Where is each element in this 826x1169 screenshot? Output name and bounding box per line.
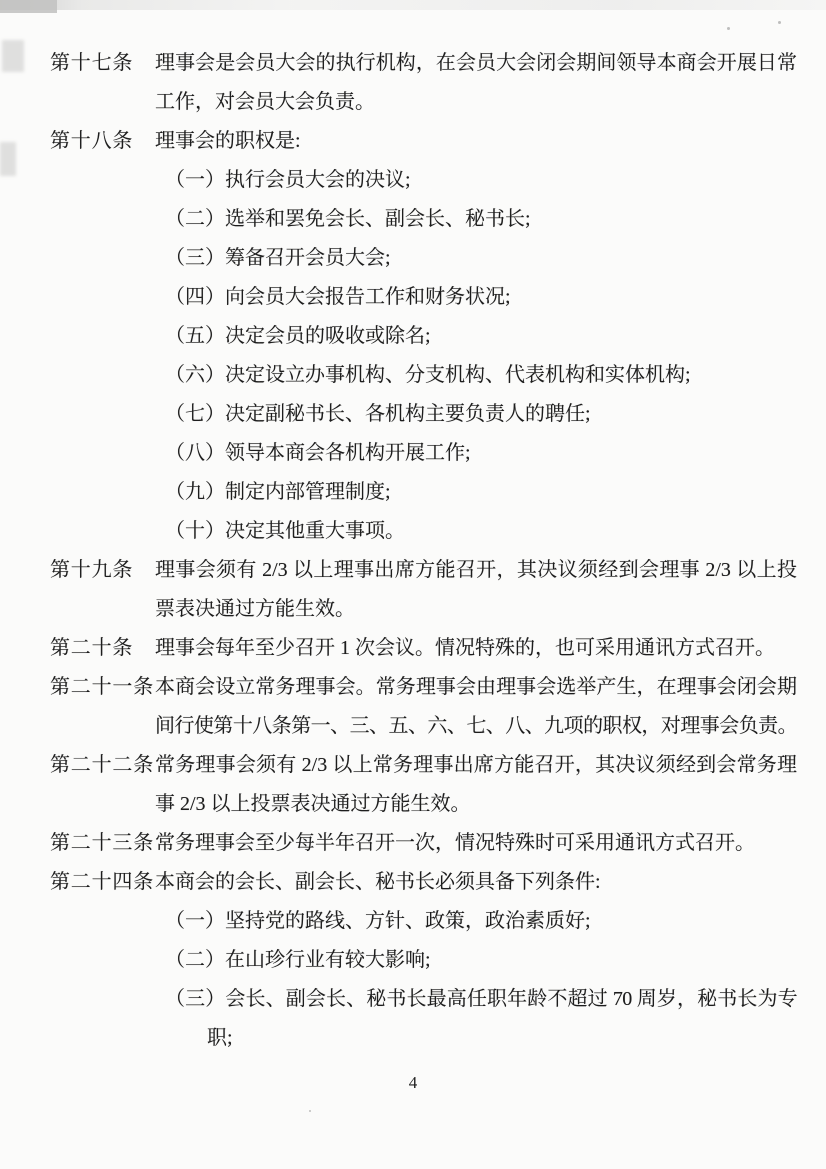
scan-speck [778, 21, 781, 24]
list-item: （十）决定其他重大事项。 [165, 512, 797, 551]
body-line: 本商会的会长、副会长、秘书长必须具备下列条件: [155, 863, 797, 902]
scan-smudge [0, 142, 16, 176]
articles: 第十七条理事会是会员大会的执行机构，在会员大会闭会期间领导本商会开展日常工作，对… [45, 44, 797, 1058]
article-row: 第二十三条常务理事会至少每半年召开一次，情况特殊时可采用通讯方式召开。 [45, 824, 797, 863]
article-row: 第二十一条本商会设立常务理事会。常务理事会由理事会选举产生，在理事会闭会期间行使… [45, 668, 797, 746]
article-body: 理事会是会员大会的执行机构，在会员大会闭会期间领导本商会开展日常工作，对会员大会… [155, 44, 797, 122]
body-line: 理事会的职权是: [155, 122, 797, 161]
list-item: （一）坚持党的路线、方针、政策，政治素质好; [165, 902, 797, 941]
article-body: 理事会每年至少召开 1 次会议。情况特殊的，也可采用通讯方式召开。 [155, 629, 797, 668]
body-line: 票表决通过方能生效。 [155, 590, 797, 629]
article-label: 第二十三条 [45, 824, 155, 863]
article-body: 常务理事会须有 2/3 以上常务理事出席方能召开，其决议须经到会常务理事 2/3… [155, 746, 797, 824]
body-line: 本商会设立常务理事会。常务理事会由理事会选举产生，在理事会闭会期 [155, 668, 797, 707]
article-label: 第二十条 [45, 629, 155, 668]
scan-smudge [2, 40, 24, 72]
article-row: 第二十四条本商会的会长、副会长、秘书长必须具备下列条件:（一）坚持党的路线、方针… [45, 863, 797, 1058]
list-item: （一）执行会员大会的决议; [165, 161, 797, 200]
list-item: （六）决定设立办事机构、分支机构、代表机构和实体机构; [165, 356, 797, 395]
list-item: （二）在山珍行业有较大影响; [165, 941, 797, 980]
list-item-continuation: 职; [207, 1019, 797, 1058]
article-label: 第二十二条 [45, 746, 155, 785]
page-number: 4 [0, 1072, 826, 1094]
scan-speck [727, 27, 730, 30]
list-item: （五）决定会员的吸收或除名; [165, 317, 797, 356]
list-item: （九）制定内部管理制度; [165, 473, 797, 512]
list-item: （七）决定副秘书长、各机构主要负责人的聘任; [165, 395, 797, 434]
article-label: 第二十一条 [45, 668, 155, 707]
article-row: 第二十二条常务理事会须有 2/3 以上常务理事出席方能召开，其决议须经到会常务理… [45, 746, 797, 824]
article-row: 第十八条理事会的职权是:（一）执行会员大会的决议;（二）选举和罢免会长、副会长、… [45, 122, 797, 551]
body-line: 工作，对会员大会负责。 [155, 83, 797, 122]
body-line: 理事会每年至少召开 1 次会议。情况特殊的，也可采用通讯方式召开。 [155, 629, 797, 668]
body-line: 常务理事会至少每半年召开一次，情况特殊时可采用通讯方式召开。 [155, 824, 797, 863]
body-line: 事 2/3 以上投票表决通过方能生效。 [155, 785, 797, 824]
article-label: 第十八条 [45, 122, 155, 161]
list-item: （三）会长、副会长、秘书长最高任职年龄不超过 70 周岁，秘书长为专 [165, 980, 797, 1019]
body-line: 理事会须有 2/3 以上理事出席方能召开，其决议须经到会理事 2/3 以上投 [155, 551, 797, 590]
list-item: （四）向会员大会报告工作和财务状况; [165, 278, 797, 317]
article-body: 理事会的职权是:（一）执行会员大会的决议;（二）选举和罢免会长、副会长、秘书长;… [155, 122, 797, 551]
article-label: 第二十四条 [45, 863, 155, 902]
article-row: 第十七条理事会是会员大会的执行机构，在会员大会闭会期间领导本商会开展日常工作，对… [45, 44, 797, 122]
list-item: （八）领导本商会各机构开展工作; [165, 434, 797, 473]
list-item: （三）筹备召开会员大会; [165, 239, 797, 278]
body-line: 间行使第十八条第一、三、五、六、七、八、九项的职权，对理事会负责。 [155, 707, 797, 746]
scan-edge-band [0, 0, 826, 10]
list-item: （二）选举和罢免会长、副会长、秘书长; [165, 200, 797, 239]
article-body: 理事会须有 2/3 以上理事出席方能召开，其决议须经到会理事 2/3 以上投票表… [155, 551, 797, 629]
body-line: 常务理事会须有 2/3 以上常务理事出席方能召开，其决议须经到会常务理 [155, 746, 797, 785]
article-label: 第十九条 [45, 551, 155, 590]
article-row: 第二十条理事会每年至少召开 1 次会议。情况特殊的，也可采用通讯方式召开。 [45, 629, 797, 668]
body-line: 理事会是会员大会的执行机构，在会员大会闭会期间领导本商会开展日常 [155, 44, 797, 83]
scan-corner-mark [0, 0, 57, 13]
article-row: 第十九条理事会须有 2/3 以上理事出席方能召开，其决议须经到会理事 2/3 以… [45, 551, 797, 629]
article-label: 第十七条 [45, 44, 155, 83]
article-body: 本商会设立常务理事会。常务理事会由理事会选举产生，在理事会闭会期间行使第十八条第… [155, 668, 797, 746]
scan-speck [309, 1110, 311, 1112]
article-body: 常务理事会至少每半年召开一次，情况特殊时可采用通讯方式召开。 [155, 824, 797, 863]
article-body: 本商会的会长、副会长、秘书长必须具备下列条件:（一）坚持党的路线、方针、政策，政… [155, 863, 797, 1058]
document-page: 第十七条理事会是会员大会的执行机构，在会员大会闭会期间领导本商会开展日常工作，对… [0, 0, 826, 1169]
